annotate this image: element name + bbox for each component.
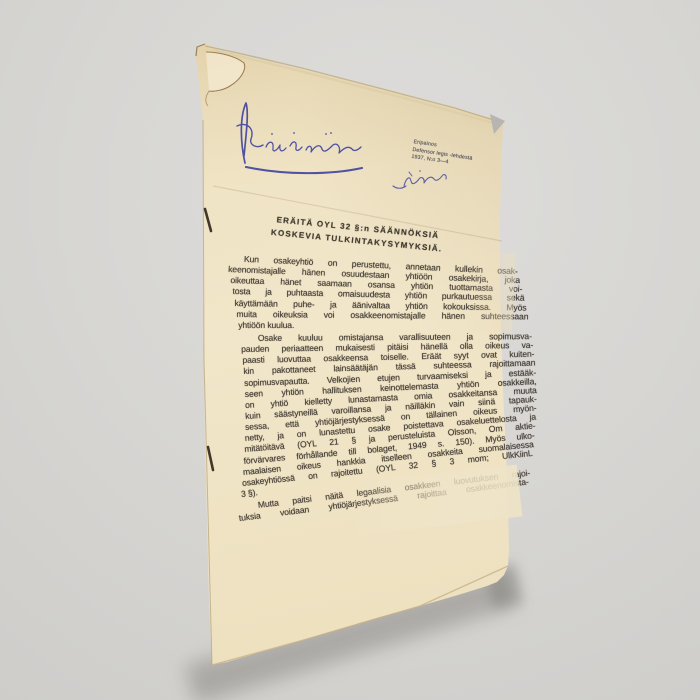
offprint-product-photo: Eripainos Defensor legis -lehdestä 1937,… xyxy=(0,0,700,700)
light-glare xyxy=(466,251,516,333)
